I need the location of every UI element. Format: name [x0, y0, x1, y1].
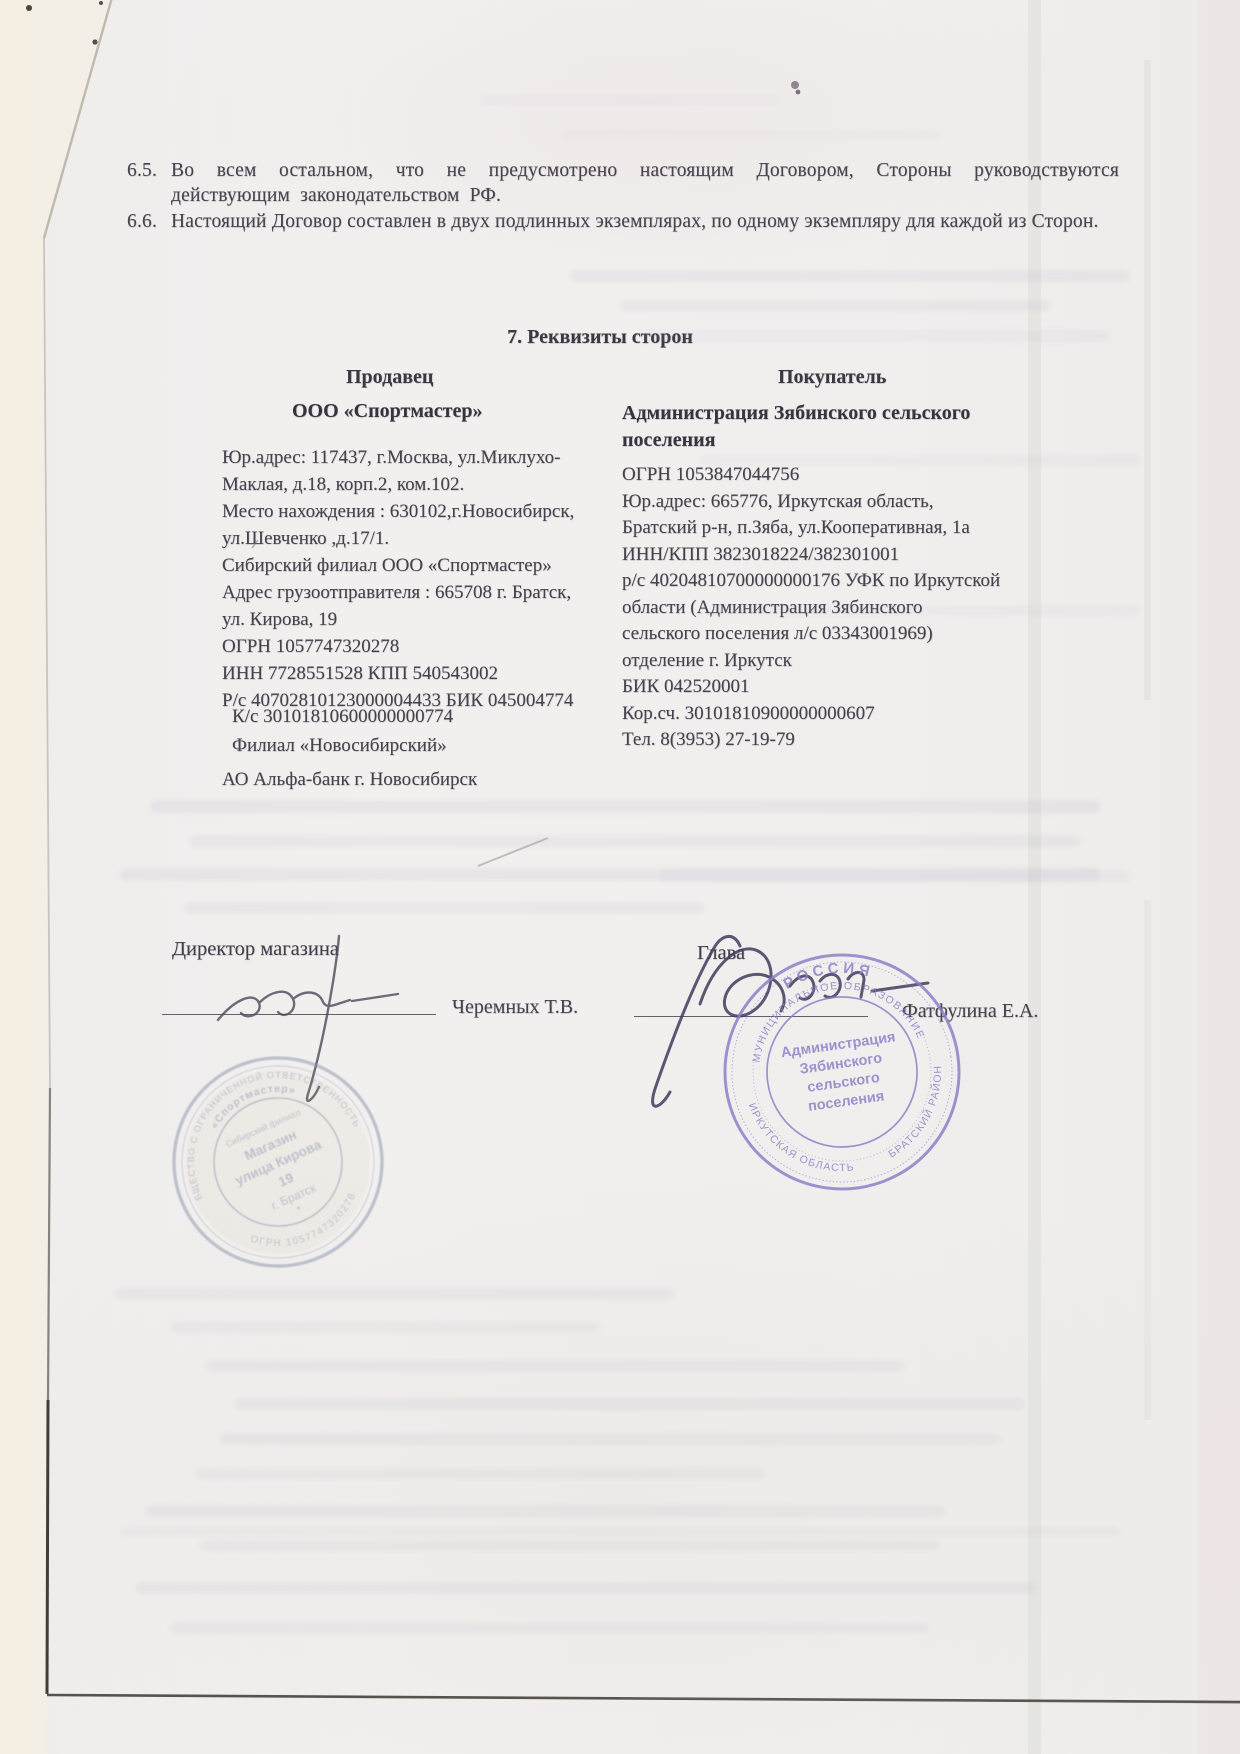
scan-speck	[99, 1, 103, 5]
scan-speck	[252, 540, 258, 548]
page-edges	[0, 0, 1240, 1754]
scan-speck	[796, 90, 801, 95]
scan-speck	[791, 81, 799, 89]
scan-speck	[92, 39, 97, 44]
scan-speck	[26, 5, 32, 11]
pencil-mark	[478, 838, 548, 866]
scanned-document-page: 6.5.Во всем остальном, что не предусмотр…	[0, 0, 1240, 1754]
